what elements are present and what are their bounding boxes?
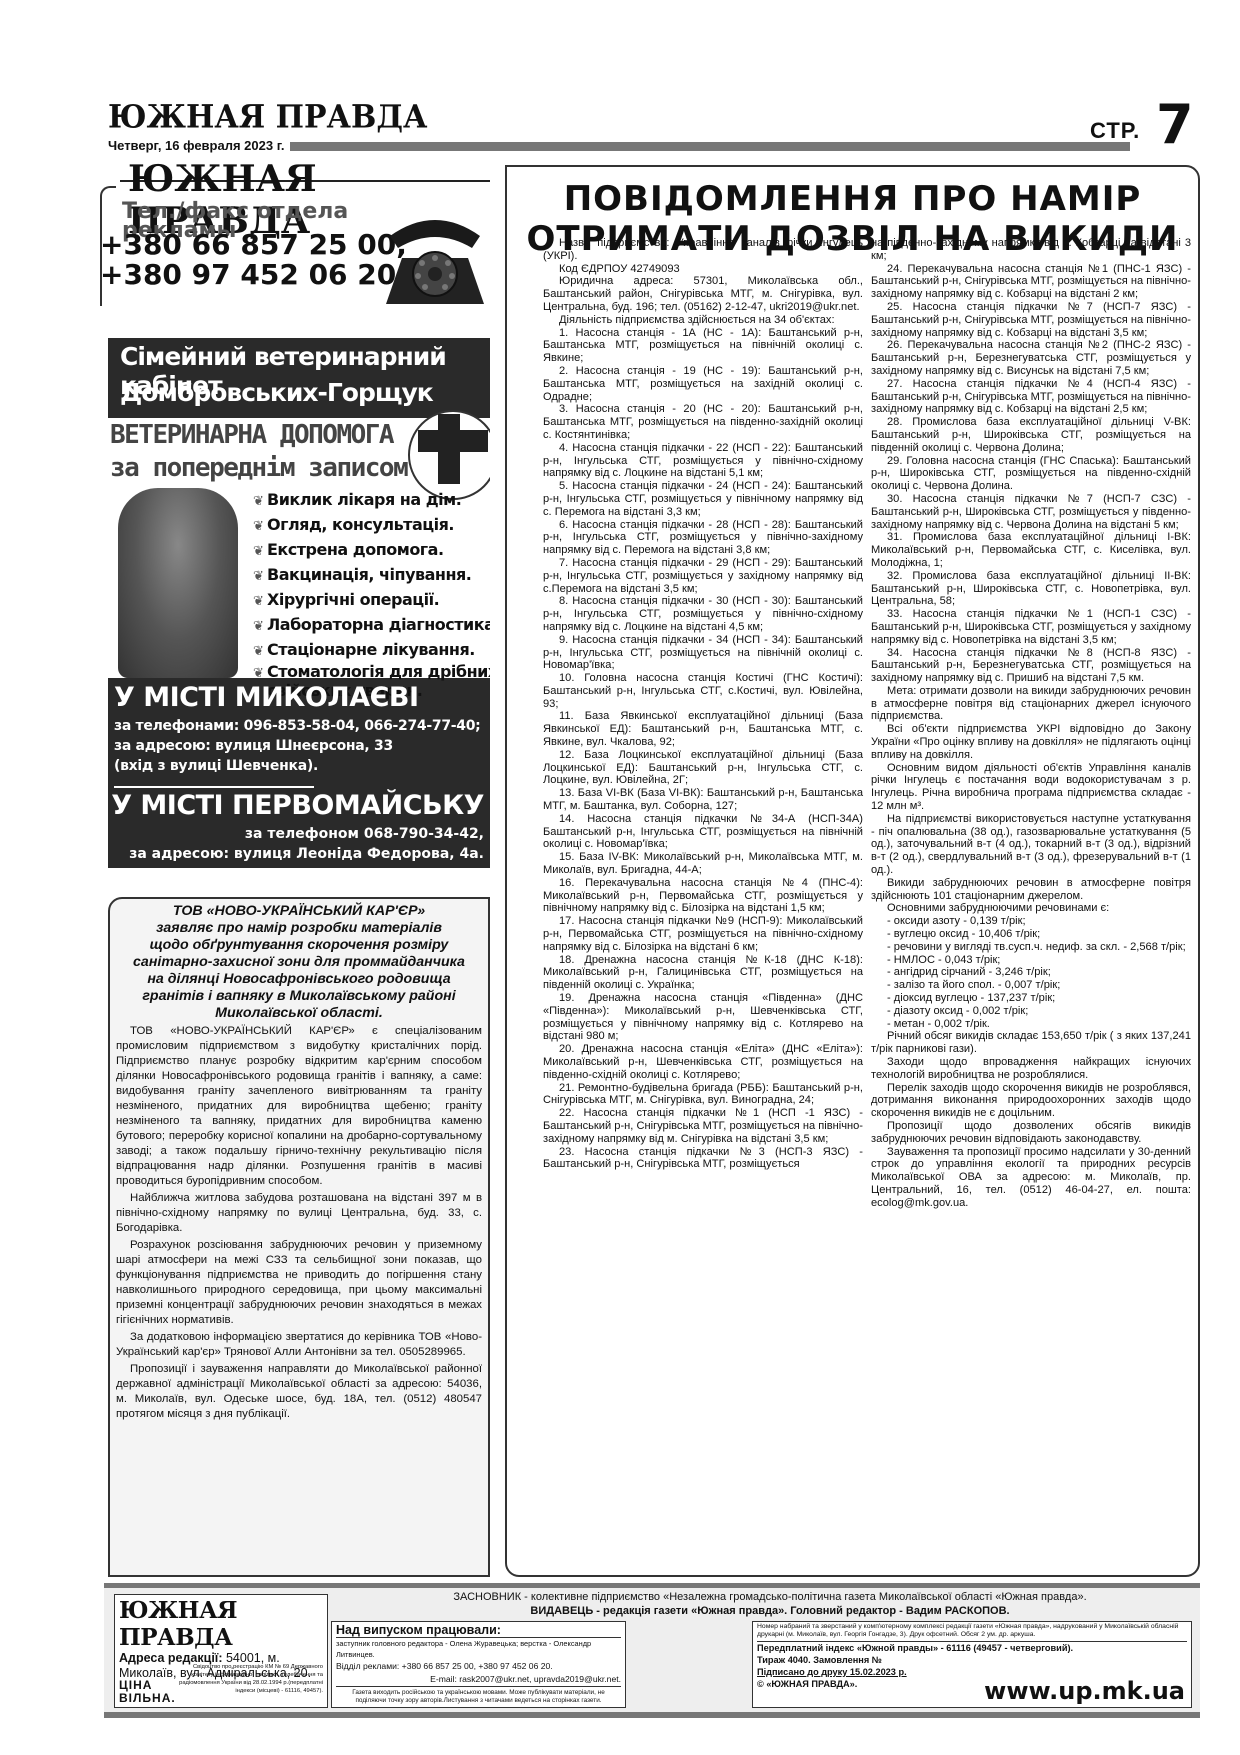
ad-phone-2: +380 97 452 06 20. [100,258,407,291]
notice-paragraph: 2. Насосна станція - 19 (НС - 19): Башта… [543,365,863,403]
paw-icon: ❦ [253,615,267,638]
notice-paragraph: - речовини у вигляді тв.сусп.ч. недиф. з… [871,941,1191,954]
notice-paragraph: 4. Насосна станція підкачки - 22 (НСП - … [543,442,863,480]
notice-paragraph: 10. Головна насосна станція Костичі (ГНС… [543,672,863,710]
circulation: Тираж 4040. Замовлення № [757,1654,1187,1666]
notice-paragraph: 31. Промислова база експлуатаційної діль… [871,531,1191,569]
notice-paragraph: 5. Насосна станція підкачки - 24 (НСП - … [543,480,863,518]
vet-services-list: ❦Виклик лікаря на дім. ❦Огляд, консульта… [253,488,490,699]
advertising-phone-ad: ЮЖНАЯ ПРАВДА Тел./факс отдела рекламы +3… [100,158,490,308]
notice-paragraph: Мета: отримати дозволи на викиди забрудн… [871,685,1191,723]
notice-paragraph: Всі об'єкти підприємства УКРІ відповідно… [871,723,1191,761]
mykolaiv-address: за адресою: вулиця Шнеєрсона, 33 [114,738,393,754]
paw-icon: ❦ [253,515,267,538]
page-label: СТР. [1090,118,1140,144]
founder-publisher-info: ЗАСНОВНИК - колективне підприємство «Нез… [340,1590,1200,1618]
service-item: ❦Хірургічні операції. [253,588,490,613]
ad-phone-1: +380 66 857 25 00, [100,228,407,261]
service-item: ❦Екстрена допомога. [253,538,490,563]
notice-paragraph: 15. База IV-ВК: Миколаївський р-н, Микол… [543,851,863,877]
vet-headline: ВЕТЕРИНАРНА ДОПОМОГА [110,420,393,450]
footer-brand: ЮЖНАЯ ПРАВДА [119,1597,323,1651]
service-item: ❦Стаціонарне лікування. [253,638,490,663]
notice-paragraph: На підприємстві використовується наступн… [871,813,1191,877]
notice-paragraph: 21. Ремонтно-будівельна бригада (РББ): Б… [543,1082,863,1108]
notice-paragraph: 30. Насосна станція підкачки №7 (НСП-7 С… [871,493,1191,531]
vet-clinic-ad: Сімейний ветеринарний кабінет Домбровськ… [108,338,490,868]
service-item: ❦Лабораторна діагностика. [253,613,490,638]
page-number: 7 [1156,98,1194,152]
notice-paragraph: 12. База Лоцкинської експлуатаційної діл… [543,749,863,787]
notice-paragraph: Основним видом діяльності об'єктів Управ… [871,762,1191,813]
notice-paragraph: Перелік заходів щодо скорочення викидів … [871,1082,1191,1120]
pervomaisk-address: за адресою: вулиця Леоніда Федорова, 4а. [129,846,484,862]
notice-paragraph: 13. База VI-ВК (База VI-ВК): Баштанський… [543,787,863,813]
notice-column-1: Назва підприємства: Управління каналів р… [543,237,863,1171]
notice-paragraph: 33. Насосна станція підкачки №1 (НСП-1 С… [871,608,1191,646]
issue-date: Четверг, 16 февраля 2023 г. [108,138,284,153]
notice-column-2: на південно-західному напрямку від с. Ко… [871,237,1191,1210]
masthead: ЮЖНАЯ ПРАВДА [108,99,427,136]
notice-paragraph: Діяльність підприємства здійснюється на … [543,314,863,327]
quarry-notice: ТОВ «НОВО-УКРАЇНСЬКИЙ КАР'ЄР» заявляє пр… [108,897,490,1577]
notice-paragraph: 27. Насосна станція підкачки №4 (НСП-4 Я… [871,378,1191,416]
quarry-paragraph: ТОВ «НОВО-УКРАЇНСЬКИЙ КАР'ЄР» є спеціалі… [116,1024,482,1189]
notice-paragraph: Юридична адреса: 57301, Миколаївська обл… [543,275,863,313]
ads-department: Відділ реклами: +380 66 857 25 00, +380 … [336,1660,621,1673]
notice-paragraph: 9. Насосна станція підкачки - 34 (НСП - … [543,634,863,672]
notice-paragraph: 11. База Явкинської експлуатаційної діль… [543,710,863,748]
registration-certificate: Свідоцтво про реєстрацію КМ № 69 Державн… [173,1663,323,1695]
paw-icon: ❦ [253,565,267,588]
notice-paragraph: Код ЄДРПОУ 42749093 [543,263,863,276]
city-pervomaisk-heading: У МІСТІ ПЕРВОМАЙСЬКУ [111,790,484,821]
medical-cross-icon-bar [418,430,488,452]
pervomaisk-phone: за телефоном 068-790-34-42, [245,826,484,842]
notice-paragraph: на південно-західному напрямку від с. Ко… [871,237,1191,263]
price-label: ЦІНА ВІЛЬНА. [119,1679,179,1705]
vet-separator [114,786,314,788]
footer-staff-box: Над випуском працювали: заступник головн… [331,1621,626,1708]
quarry-notice-heading: ТОВ «НОВО-УКРАЇНСЬКИЙ КАР'ЄР» заявляє пр… [116,903,482,1022]
vet-title-2: Домбровських-Горщук [120,378,433,407]
notice-paragraph: Заходи щодо впровадження найкращих існую… [871,1056,1191,1082]
quarry-paragraph: Пропозиції і зауваження направляти до Ми… [116,1362,482,1422]
notice-paragraph: 20. Дренажна насосна станція «Еліта» (ДН… [543,1043,863,1081]
notice-paragraph: 22. Насосна станція підкачки №1 (НСП -1 … [543,1107,863,1145]
notice-paragraph: 28. Промислова база експлуатаційної діль… [871,416,1191,454]
city-mykolaiv-heading: У МІСТІ МИКОЛАЄВІ [114,682,419,713]
rotary-phone-icon [380,208,490,308]
notice-paragraph: - оксиди азоту - 0,139 т/рік; [871,915,1191,928]
staff-list: заступник головного редактора - Олена Жу… [336,1638,621,1660]
founder-line: ЗАСНОВНИК - колективне підприємство «Нез… [340,1590,1200,1604]
notice-paragraph: 18. Дренажна насосна станція №К-18 (ДНС … [543,954,863,992]
footer-print-box: Номер набраний та зверстаний у комп'ютер… [752,1621,1192,1708]
footer-rule-bottom [104,1712,1200,1718]
contact-email: E-mail: rask2007@ukr.net, upravda2019@uk… [336,1673,621,1687]
notice-paragraph: 7. Насосна станція підкачки - 29 (НСП - … [543,557,863,595]
notice-paragraph: 8. Насосна станція підкачки - 30 (НСП - … [543,595,863,633]
notice-paragraph: 23. Насосна станція підкачки №3 (НСП-3 Я… [543,1146,863,1172]
notice-paragraph: Основними забруднюючими речовинами є: [871,902,1191,915]
service-item: ❦Стоматологія для дрібних [253,663,490,682]
notice-paragraph: - вуглецю оксид - 10,406 т/рік; [871,928,1191,941]
notice-paragraph: 29. Головна насосна станція (ГНС Спаська… [871,455,1191,493]
mykolaiv-entrance: (вхід з вулиці Шевченка). [114,758,318,774]
publisher-line: ВИДАВЕЦЬ - редакція газети «Южная правда… [340,1604,1200,1618]
paw-icon: ❦ [253,540,267,563]
staff-heading: Над випуском працювали: [336,1623,621,1638]
subscription-index: Передплатний індекс «Южной правды» - 611… [757,1642,1187,1654]
vet-subheadline: за попереднім записом [110,453,407,483]
notice-paragraph: - залізо та його спол. - 0,007 т/рік; [871,979,1191,992]
quarry-paragraph: Розрахунок розсіювання забруднюючих речо… [116,1238,482,1328]
notice-paragraph: 25. Насосна станція підкачки №7 (НСП-7 Я… [871,301,1191,339]
paw-icon: ❦ [253,490,267,513]
notice-paragraph: 16. Перекачувальна насосна станція №4 (П… [543,877,863,915]
emissions-permit-notice: ПОВІДОМЛЕННЯ ПРО НАМІР ОТРИМАТИ ДОЗВІЛ Н… [505,165,1200,1577]
notice-paragraph: 19. Дренажна насосна станція «Південна» … [543,992,863,1043]
notice-paragraph: - діоксид вуглецю - 137,237 т/рік; [871,992,1191,1005]
notice-paragraph: Назва підприємства: Управління каналів р… [543,237,863,263]
notice-paragraph: 6. Насосна станція підкачки - 28 (НСП - … [543,519,863,557]
notice-paragraph: - діазоту оксид - 0,002 т/рік; [871,1005,1191,1018]
printing-note: Номер набраний та зверстаний у комп'ютер… [757,1623,1187,1642]
dog-photo [118,488,238,678]
notice-paragraph: - метан - 0,002 т/рік. [871,1018,1191,1031]
paw-icon: ❦ [253,665,267,682]
notice-paragraph: - ангідрид сірчаний - 3,246 т/рік; [871,966,1191,979]
service-item: ❦Вакцинація, чіпування. [253,563,490,588]
paw-icon: ❦ [253,640,267,663]
header-divider [290,142,1130,151]
quarry-paragraph: За додатковою інформацією звертатися до … [116,1330,482,1360]
notice-paragraph: Викиди забруднюючих речовин в атмосферне… [871,877,1191,903]
notice-paragraph: 24. Перекачувальна насосна станція №1 (П… [871,263,1191,301]
mykolaiv-phones: за телефонами: 096-853-58-04, 066-274-77… [114,718,480,734]
notice-paragraph: Зауваження та пропозиції просимо надсила… [871,1146,1191,1210]
notice-paragraph: 32. Промислова база експлуатаційної діль… [871,570,1191,608]
notice-paragraph: Річний обсяг викидів складає 153,650 т/р… [871,1030,1191,1056]
notice-paragraph: 26. Перекачувальна насосна станція №2 (П… [871,339,1191,377]
paw-icon: ❦ [253,590,267,613]
notice-paragraph: 3. Насосна станція - 20 (НС - 20): Башта… [543,403,863,441]
notice-paragraph: - НМЛОС - 0,043 т/рік; [871,954,1191,967]
notice-paragraph: 14. Насосна станція підкачки №34-А (НСП-… [543,813,863,851]
signed-for-print: Підписано до друку 15.02.2023 р. [757,1666,1187,1678]
service-item: ❦Огляд, консультація. [253,513,490,538]
service-item: ❦Виклик лікаря на дім. [253,488,490,513]
notice-paragraph: 34. Насосна станція підкачки №8 (НСП-8 Я… [871,647,1191,685]
languages-note: Газета виходить російською та українсько… [336,1689,621,1705]
quarry-paragraph: Найближча житлова забудова розташована н… [116,1191,482,1236]
website-link[interactable]: www.up.mk.ua [984,1677,1185,1705]
notice-paragraph: Пропозиції щодо дозволених обсягів викид… [871,1120,1191,1146]
notice-paragraph: 17. Насосна станція підкачки №9 (НСП-9):… [543,915,863,953]
notice-paragraph: 1. Насосна станція - 1А (НС - 1А): Башта… [543,327,863,365]
footer-editorial-box: ЮЖНАЯ ПРАВДА Адреса редакції: 54001, м. … [114,1594,328,1708]
